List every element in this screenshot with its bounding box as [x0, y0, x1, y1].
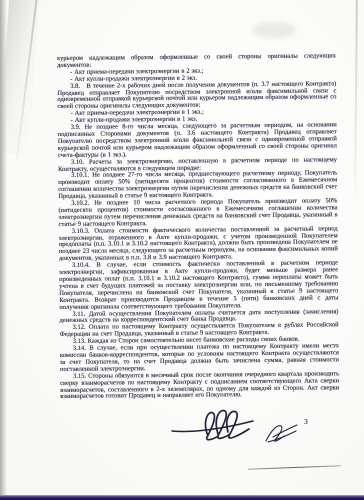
paragraph-3-10-4: 3.10.4. В случае, если стоимость фактиче…	[59, 260, 338, 311]
scanned-contract-page: курьером надлежащим образом оформленные …	[0, 0, 364, 500]
paragraph-3-14: 3.14. В случае, если при осуществлении п…	[60, 343, 339, 373]
contract-text-block: курьером надлежащим образом оформленные …	[57, 53, 339, 401]
signature-line	[248, 465, 341, 470]
handwritten-signature-seller	[170, 405, 255, 445]
paragraph-3-15: 3.15. Стороны обязуются в месячный срок …	[60, 371, 339, 401]
paper-edge-right-shadow	[354, 0, 358, 195]
handwritten-signature-buyer	[263, 421, 301, 445]
paragraph-3-8: 3.8. В течение 2-х рабочих дней после по…	[57, 81, 336, 111]
page-number: 3	[304, 417, 308, 426]
paragraph-3-10-3: 3.10.3. Оплата стоимости фактического ко…	[59, 226, 338, 263]
paper-edge-left-shadow	[0, 0, 7, 500]
paragraph-3-9: 3.9. Не позднее 8-го числа месяца, следу…	[58, 122, 337, 159]
photo-smudge	[252, 22, 296, 38]
photo-edge-strip	[0, 495, 364, 500]
paragraph-3-10-2: 3.10.2. Не позднее 10 числа расчетного п…	[58, 198, 337, 228]
paragraph-3-10-1: 3.10.1. Не позднее 27-го числа месяца, п…	[58, 171, 337, 201]
